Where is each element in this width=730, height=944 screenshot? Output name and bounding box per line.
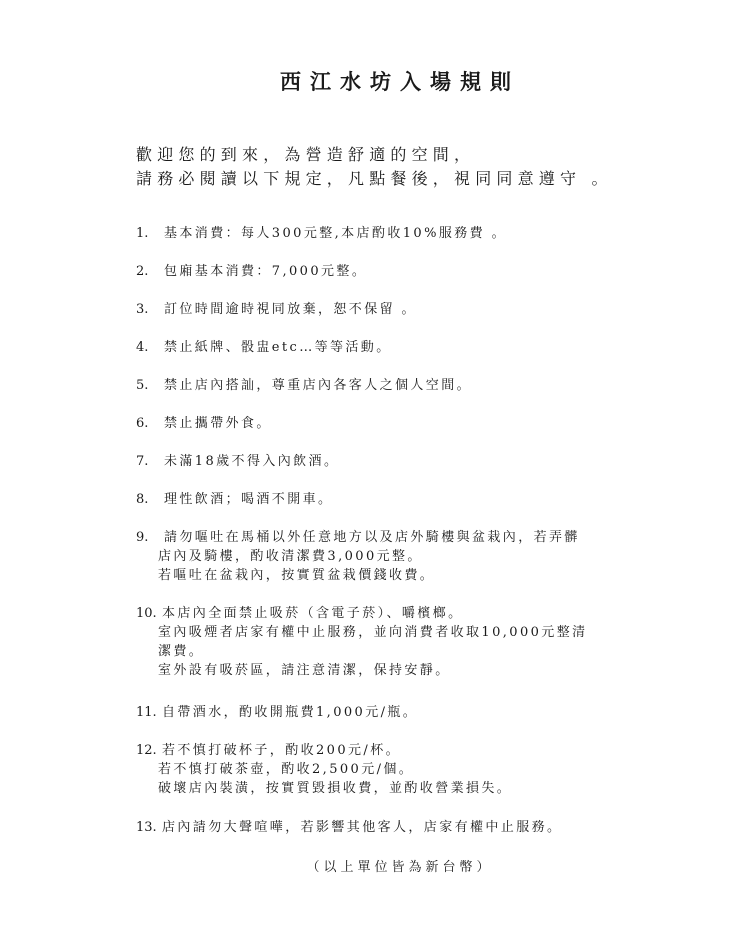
rule-text: 包廂基本消費：7,000元整。 — [164, 264, 367, 279]
rule-number: 1. — [136, 224, 164, 243]
rule-text: 自帶酒水，酌收開瓶費1,000元/瓶。 — [162, 705, 418, 720]
rule-text: 若不慎打破杯子，酌收200元/杯。 — [162, 743, 401, 758]
rule-number: 4. — [136, 338, 164, 357]
rule-number: 5. — [136, 376, 164, 395]
rule-item: 13.店內請勿大聲喧嘩，若影響其他客人，店家有權中止服務。 — [136, 818, 562, 837]
rule-number: 11. — [136, 703, 162, 722]
rule-text: 基本消費：每人300元整,本店酌收10%服務費 。 — [164, 226, 507, 241]
rule-text-continued: 潔費。 — [136, 642, 588, 661]
rule-number: 2. — [136, 262, 164, 281]
rule-number: 8. — [136, 490, 164, 509]
intro-line: 請務必閱讀以下規定，凡點餐後，視同同意遵守 。 — [136, 167, 613, 191]
currency-note: （以上單位皆為新台幣） — [0, 856, 730, 875]
rule-item: 1.基本消費：每人300元整,本店酌收10%服務費 。 — [136, 224, 507, 243]
rule-item: 5.禁止店內搭訕，尊重店內各客人之個人空間。 — [136, 376, 472, 395]
rule-text: 本店內全面禁止吸菸（含電子菸）、嚼檳榔。 — [162, 606, 464, 621]
rule-number: 10. — [136, 604, 162, 623]
rule-text: 訂位時間逾時視同放棄，恕不保留 。 — [164, 302, 417, 317]
rule-number: 13. — [136, 818, 162, 837]
rule-item: 6.禁止攜帶外食。 — [136, 414, 272, 433]
rule-text-continued: 室內吸煙者店家有權中止服務，並向消費者收取10,000元整清 — [136, 623, 588, 642]
rule-text-continued: 若不慎打破茶壺，酌收2,500元/個。 — [136, 760, 512, 779]
rule-text-continued: 店內及騎樓，酌收清潔費3,000元整。 — [136, 547, 580, 566]
rule-item: 3.訂位時間逾時視同放棄，恕不保留 。 — [136, 300, 417, 319]
rule-text: 請勿嘔吐在馬桶以外任意地方以及店外騎樓與盆栽內，若弄髒 — [164, 530, 580, 545]
rule-text: 理性飲酒；喝酒不開車。 — [164, 492, 333, 507]
rule-text: 禁止紙牌、骰盅etc…等等活動。 — [164, 340, 392, 355]
rule-number: 9. — [136, 528, 164, 547]
rule-text: 禁止攜帶外食。 — [164, 416, 272, 431]
rule-text: 未滿18歲不得入內飲酒。 — [164, 454, 339, 469]
rule-item: 10.本店內全面禁止吸菸（含電子菸）、嚼檳榔。 室內吸煙者店家有權中止服務，並向… — [136, 604, 588, 680]
rule-text: 店內請勿大聲喧嘩，若影響其他客人，店家有權中止服務。 — [162, 820, 562, 835]
rule-number: 7. — [136, 452, 164, 471]
rule-text-continued: 若嘔吐在盆栽內，按實質盆栽價錢收費。 — [136, 566, 580, 585]
rule-number: 12. — [136, 741, 162, 760]
rule-text-continued: 破壞店內裝潢，按實質毀損收費，並酌收營業損失。 — [136, 779, 512, 798]
rule-number: 3. — [136, 300, 164, 319]
intro-line: 歡迎您的到來，為營造舒適的空間， — [136, 143, 613, 167]
rule-item: 9.請勿嘔吐在馬桶以外任意地方以及店外騎樓與盆栽內，若弄髒 店內及騎樓，酌收清潔… — [136, 528, 580, 585]
rule-item: 7.未滿18歲不得入內飲酒。 — [136, 452, 339, 471]
rule-item: 2.包廂基本消費：7,000元整。 — [136, 262, 367, 281]
intro-paragraph: 歡迎您的到來，為營造舒適的空間， 請務必閱讀以下規定，凡點餐後，視同同意遵守 。 — [136, 143, 613, 191]
rule-item: 4.禁止紙牌、骰盅etc…等等活動。 — [136, 338, 392, 357]
rule-item: 11.自帶酒水，酌收開瓶費1,000元/瓶。 — [136, 703, 418, 722]
rule-text-continued: 室外設有吸菸區，請注意清潔，保持安靜。 — [136, 661, 588, 680]
rule-number: 6. — [136, 414, 164, 433]
rule-text: 禁止店內搭訕，尊重店內各客人之個人空間。 — [164, 378, 472, 393]
rule-item: 12.若不慎打破杯子，酌收200元/杯。 若不慎打破茶壺，酌收2,500元/個。… — [136, 741, 512, 798]
rule-item: 8.理性飲酒；喝酒不開車。 — [136, 490, 333, 509]
document-title: 西江水坊入場規則 — [0, 66, 730, 96]
